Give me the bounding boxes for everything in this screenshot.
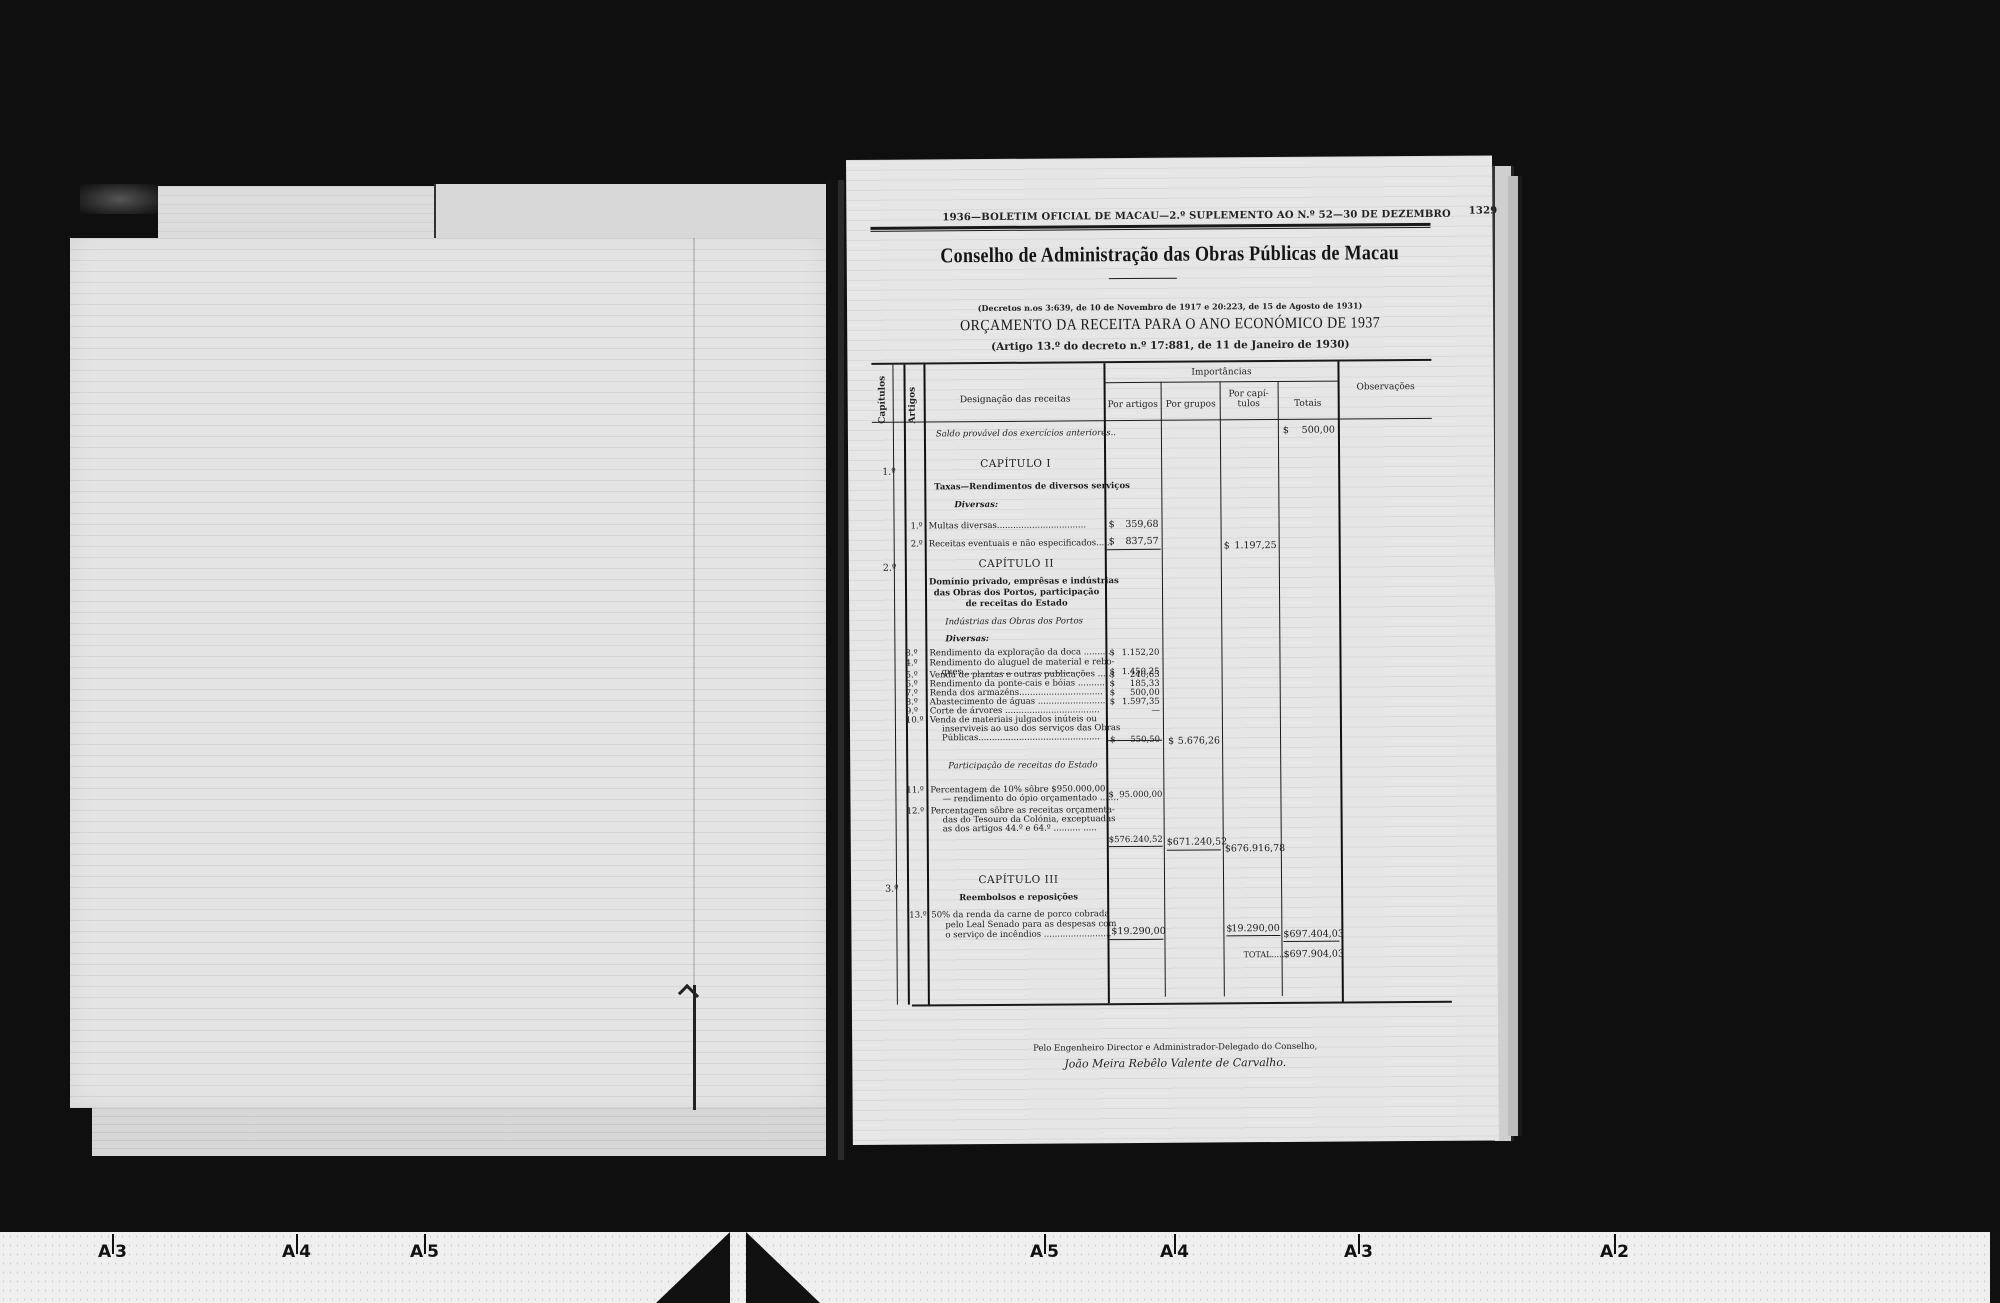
saldo-label: Saldo provável dos exercícios anteriores… [936, 428, 1116, 440]
film-marker: A2 [1600, 1242, 1629, 1262]
table-top-rule [871, 359, 1431, 365]
marker-letter: A [1030, 1242, 1043, 1262]
running-head-text: 1936—BOLETIM OFICIAL DE MACAU—2.º SUPLEM… [942, 209, 1451, 224]
marker-tick [112, 1234, 114, 1254]
alignment-triangle-left-icon [656, 1232, 730, 1303]
marker-tick [1174, 1234, 1176, 1254]
title-divider [1109, 278, 1177, 279]
importancias-rule [1106, 381, 1338, 384]
film-strip-edge [1990, 1232, 2000, 1303]
chapter-number: 3.º [885, 884, 899, 895]
col-divider [1337, 362, 1343, 1002]
page-curl [80, 184, 160, 214]
currency-symbol: $ [1283, 425, 1289, 436]
header-observacoes: Observações [1340, 382, 1432, 393]
alignment-triangle-right-icon [746, 1232, 820, 1303]
grand-total: $697.904,03 [1284, 949, 1340, 960]
document-subtitle: ORÇAMENTO DA RECEITA PARA O ANO ECONÓMIC… [879, 314, 1461, 336]
header-totais: Totais [1279, 399, 1337, 409]
article-number: 2.º [911, 539, 923, 550]
header-por-artigos: Por artigos [1105, 400, 1161, 410]
col-divider [892, 365, 897, 1005]
marker-letter: A [1160, 1242, 1173, 1262]
table-header-rule [872, 418, 1432, 423]
group-label: Diversas: [954, 500, 998, 511]
marker-letter: A [1344, 1242, 1357, 1262]
marker-tick [424, 1234, 426, 1254]
document-page: 1936—BOLETIM OFICIAL DE MACAU—2.º SUPLEM… [846, 155, 1499, 1144]
article-number: 12.º [907, 807, 925, 816]
grand-total-value: 697.904,03 [1290, 949, 1344, 960]
sum-rule [1109, 846, 1163, 847]
document-title: Conselho de Administração das Obras Públ… [892, 240, 1448, 269]
header-designacao: Designação das receitas [928, 394, 1103, 405]
header-artigos: Artigos [908, 384, 918, 424]
group-label: Diversas: [945, 634, 989, 645]
chapter-title-line: de receitas do Estado [929, 598, 1104, 610]
decree-note: (Decretos n.os 3:639, de 10 de Novembro … [847, 299, 1493, 314]
article-number: 1.º [911, 521, 923, 532]
amount-por-artigos: 837,57 [1115, 536, 1159, 547]
article-label-line3: o serviço de incêndios .................… [945, 929, 1111, 941]
marker-digit: 2 [1617, 1242, 1629, 1262]
saldo-total: 500,00 [1293, 425, 1335, 436]
chapter-heading: CAPÍTULO I [928, 458, 1103, 470]
left-back-page-top [434, 184, 828, 244]
page-number: 1329 [1469, 205, 1498, 216]
chapter-2-items: 3.ºRendimento da exploração da doca ....… [846, 155, 1492, 160]
chapter-title: Taxas—Rendimentos de diversos serviços [934, 481, 1130, 493]
amount-por-artigos: — [1116, 706, 1160, 716]
marker-tick [1044, 1234, 1046, 1254]
right-page-edge-back [1508, 176, 1522, 1136]
running-head: 1936—BOLETIM OFICIAL DE MACAU—2.º SUPLEM… [942, 208, 1492, 223]
article-number: 13.º [909, 910, 927, 921]
chapter-title: Reembolsos e reposições [931, 892, 1106, 904]
currency-symbol: $ [1110, 697, 1115, 707]
marker-digit: 3 [1361, 1242, 1373, 1262]
sum-rule [1109, 939, 1163, 940]
article-number: 4.º [905, 660, 917, 669]
article-label: Multas diversas.........................… [929, 520, 1087, 532]
amount-por-grupos: 5.676,26 [1172, 735, 1220, 746]
amount-por-grupos: 671.240,52 [1173, 836, 1223, 847]
film-marker: A3 [98, 1242, 127, 1262]
amount-por-capitulos: 1.197,25 [1229, 540, 1277, 551]
marker-digit: 4 [1177, 1242, 1189, 1262]
subgroup-label: Indústrias das Obras dos Portos [945, 616, 1083, 628]
left-blank-page [70, 238, 826, 1108]
article-number: 10.º [906, 716, 924, 725]
header-por-grupos: Por grupos [1162, 399, 1220, 409]
marker-letter: A [1600, 1242, 1613, 1262]
col-divider [1161, 382, 1166, 997]
subgroup-label: Participação de receitas do Estado [948, 760, 1098, 772]
amount-por-capitulos: 676.916,78 [1231, 843, 1281, 854]
table-bottom-rule [912, 1001, 1452, 1007]
marker-digit: 4 [299, 1242, 311, 1262]
subtotal: $697.404,03 [1283, 929, 1339, 940]
film-marker: A5 [1030, 1242, 1059, 1262]
left-page-fold [693, 238, 695, 1108]
chapter-2-items-2: 11.ºPercentagem de 10% sôbre $950.000,00… [846, 155, 1492, 160]
left-page-bottom-edge [92, 1108, 826, 1156]
article-label: Receitas eventuais e não especificados..… [929, 538, 1113, 550]
amount-por-capitulos: 19.290,00 [1231, 923, 1279, 934]
article-number: 11.º [906, 786, 924, 795]
amount-por-artigos: 576.240,52 [1113, 835, 1163, 845]
marker-tick [296, 1234, 298, 1254]
article-label-line2: — rendimento do ópio orçamentado ....... [942, 794, 1118, 804]
amount-por-artigos: 1.152,20 [1115, 648, 1159, 658]
book-spine-edge [838, 180, 844, 1160]
marker-digit: 3 [115, 1242, 127, 1262]
chapter-number: 2.º [883, 563, 897, 574]
header-importancias: Importâncias [1105, 367, 1337, 379]
header-por-capitulos: Por capí-tulos [1226, 389, 1272, 409]
marker-digit: 5 [1047, 1242, 1059, 1262]
marker-letter: A [410, 1242, 423, 1262]
marker-letter: A [282, 1242, 295, 1262]
chapter-heading: CAPÍTULO III [931, 874, 1106, 886]
subtotal-value: 697.404,03 [1289, 929, 1343, 940]
budget-table: Capítulos Artigos Designação das receita… [846, 155, 1492, 160]
col-divider [1220, 381, 1225, 996]
signature-line: Pelo Engenheiro Director e Administrador… [852, 1040, 1498, 1055]
pencil-mark [693, 985, 696, 1110]
marker-digit: 5 [427, 1242, 439, 1262]
article-note: (Artigo 13.º do decreto n.º 17:881, de 1… [847, 337, 1493, 354]
article-label-line3: as dos artigos 44.º e 64.º .......... ..… [943, 824, 1097, 834]
film-marker: A4 [282, 1242, 311, 1262]
film-marker: A5 [410, 1242, 439, 1262]
amount-por-artigos: 359,68 [1115, 519, 1159, 530]
film-marker: A4 [1160, 1242, 1189, 1262]
marker-tick [1614, 1234, 1616, 1254]
chapter-heading: CAPÍTULO II [929, 558, 1104, 570]
chapter-number: 1.º [882, 467, 896, 478]
marker-letter: A [98, 1242, 111, 1262]
sum-rule [1167, 849, 1221, 850]
article-label-line3: Públicas................................… [942, 733, 1100, 743]
col-divider [1278, 381, 1283, 996]
header-capitulos: Capítulos [878, 384, 888, 424]
sum-rule [1283, 941, 1339, 942]
total-label: TOTAL....... [1244, 949, 1290, 960]
amount-por-artigos: 19.290,00 [1117, 926, 1163, 937]
sum-rule [1107, 549, 1161, 550]
signature-name: João Meira Rebêlo Valente de Carvalho. [852, 1054, 1498, 1072]
article-number: 3.º [905, 650, 917, 659]
sum-rule [1226, 935, 1280, 936]
marker-tick [1358, 1234, 1360, 1254]
amount-por-artigos: 95.000,00 [1112, 790, 1162, 800]
film-marker: A3 [1344, 1242, 1373, 1262]
